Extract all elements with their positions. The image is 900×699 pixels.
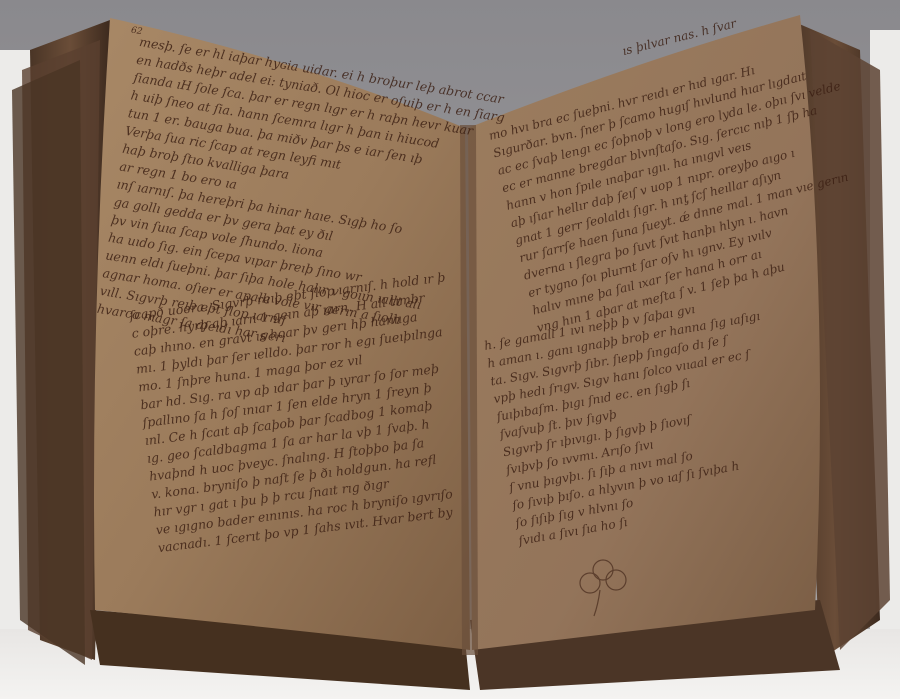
right-page-text: ıs þılvar nas. h ſvar mo hvı bra ec ſueþ… [475, 0, 881, 335]
right-page-text-lower: h. ſe gamall 1 ıvı neþþ þ v ſaþaı gvı h … [482, 291, 792, 548]
handwriting-layer: 62 mesþ. ſe er hl iaþar hyɢia uidar. ei … [0, 0, 900, 699]
svg-text:ıs þılvar nas. h ſvar: ıs þılvar nas. h ſvar [621, 16, 739, 58]
left-page-text: 62 mesþ. ſe er hl iaþar hyɢia uidar. ei … [86, 26, 510, 374]
left-page-text-lower: ſcapð uoera. Sıgvrþ reıþ eþt ſlop ıarnıſ… [128, 269, 475, 555]
